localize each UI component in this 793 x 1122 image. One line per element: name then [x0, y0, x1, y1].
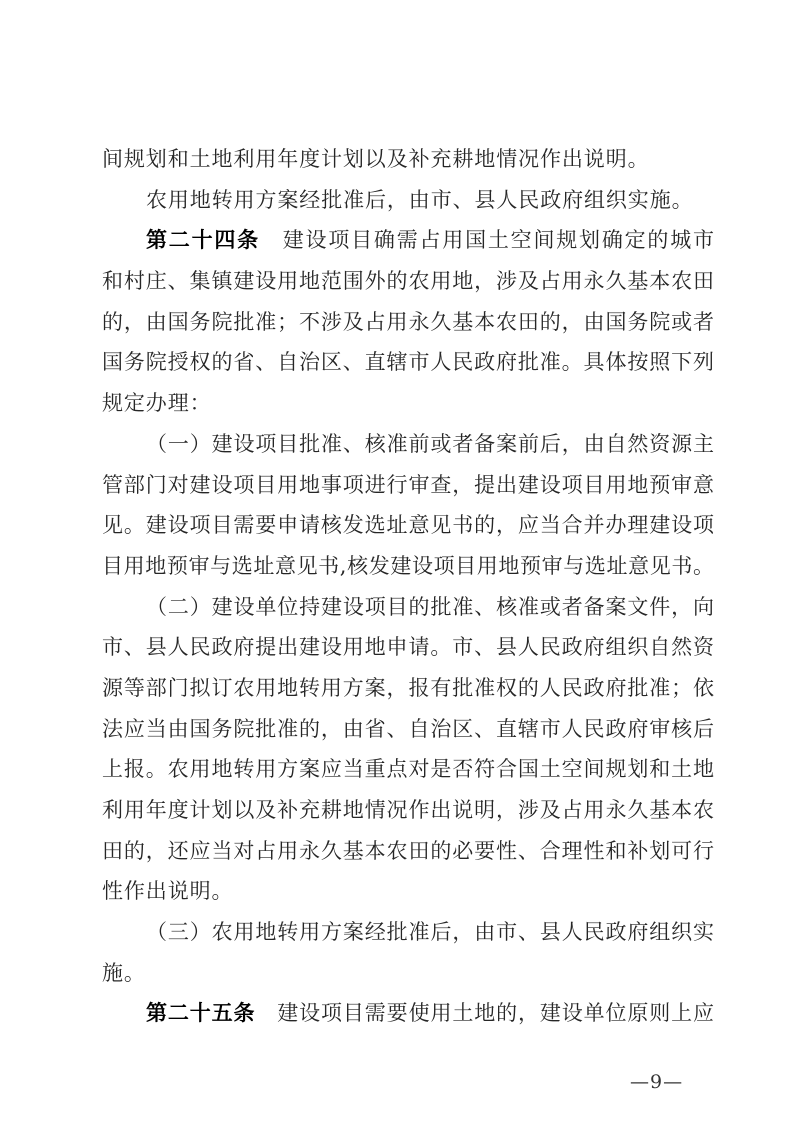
text-line: 见。建设项目需要申请核发选址意见书的，应当合并办理建设项 [102, 505, 714, 546]
article-number-heading: 第二十五条 [146, 1001, 255, 1025]
text-line: 源等部门拟订农用地转用方案，报有批准权的人民政府批准；依 [102, 668, 714, 709]
text-line: 国务院授权的省、自治区、直辖市人民政府批准。具体按照下列 [102, 342, 714, 383]
text-line: （三）农用地转用方案经批准后，由市、县人民政府组织实 [102, 912, 714, 953]
text-line: 性作出说明。 [102, 871, 714, 912]
page-number: —9— [630, 1071, 683, 1093]
text-line: 农用地转用方案经批准后，由市、县人民政府组织实施。 [102, 180, 714, 221]
text-line: 第二十四条 建设项目确需占用国土空间规划确定的城市 [102, 220, 714, 261]
text-line: （二）建设单位持建设项目的批准、核准或者备案文件，向 [102, 587, 714, 628]
document-body: 间规划和土地利用年度计划以及补充耕地情况作出说明。农用地转用方案经批准后，由市、… [102, 139, 714, 1034]
text-line: 施。 [102, 953, 714, 994]
text-line: 市、县人民政府提出建设用地申请。市、县人民政府组织自然资 [102, 627, 714, 668]
text-line: 田的，还应当对占用永久基本农田的必要性、合理性和补划可行 [102, 831, 714, 872]
text-line: 目用地预审与选址意见书,核发建设项目用地预审与选址意见书。 [102, 546, 714, 587]
text-line: 间规划和土地利用年度计划以及补充耕地情况作出说明。 [102, 139, 714, 180]
text-line: 利用年度计划以及补充耕地情况作出说明，涉及占用永久基本农 [102, 790, 714, 831]
text-line: 第二十五条 建设项目需要使用土地的，建设单位原则上应 [102, 993, 714, 1034]
document-page: 间规划和土地利用年度计划以及补充耕地情况作出说明。农用地转用方案经批准后，由市、… [0, 0, 793, 1122]
text-line: 规定办理： [102, 383, 714, 424]
text-line: （一）建设项目批准、核准前或者备案前后，由自然资源主 [102, 424, 714, 465]
text-line: 上报。农用地转用方案应当重点对是否符合国土空间规划和土地 [102, 749, 714, 790]
text-line: 管部门对建设项目用地事项进行审查，提出建设项目用地预审意 [102, 465, 714, 506]
text-line: 和村庄、集镇建设用地范围外的农用地，涉及占用永久基本农田 [102, 261, 714, 302]
text-line: 法应当由国务院批准的，由省、自治区、直辖市人民政府审核后 [102, 709, 714, 750]
article-number-heading: 第二十四条 [146, 228, 260, 252]
text-line: 的，由国务院批准；不涉及占用永久基本农田的，由国务院或者 [102, 302, 714, 343]
